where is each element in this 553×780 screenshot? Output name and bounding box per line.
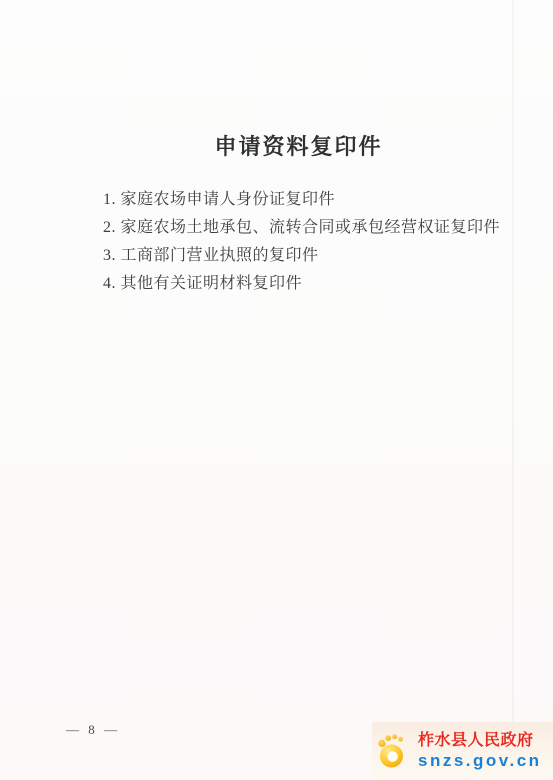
- materials-list: 1. 家庭农场申请人身份证复印件 2. 家庭农场土地承包、流转合同或承包经营权证…: [103, 186, 500, 298]
- government-watermark: 柞水县人民政府 snzs.gov.cn: [372, 722, 553, 780]
- list-item: 2. 家庭农场土地承包、流转合同或承包经营权证复印件: [103, 214, 500, 242]
- watermark-text: 柞水县人民政府 snzs.gov.cn: [418, 733, 542, 769]
- list-item: 1. 家庭农场申请人身份证复印件: [103, 186, 500, 214]
- page-number: — 8 —: [66, 722, 120, 738]
- list-item: 3. 工商部门营业执照的复印件: [103, 242, 500, 270]
- list-item: 4. 其他有关证明材料复印件: [103, 270, 500, 298]
- document-page: 申请资料复印件 1. 家庭农场申请人身份证复印件 2. 家庭农场土地承包、流转合…: [0, 0, 553, 780]
- scan-artifact-line: [512, 0, 514, 780]
- website-url: snzs.gov.cn: [418, 752, 542, 769]
- org-name: 柞水县人民政府: [418, 733, 542, 749]
- page-title: 申请资料复印件: [0, 130, 553, 161]
- paw-icon: [377, 733, 409, 770]
